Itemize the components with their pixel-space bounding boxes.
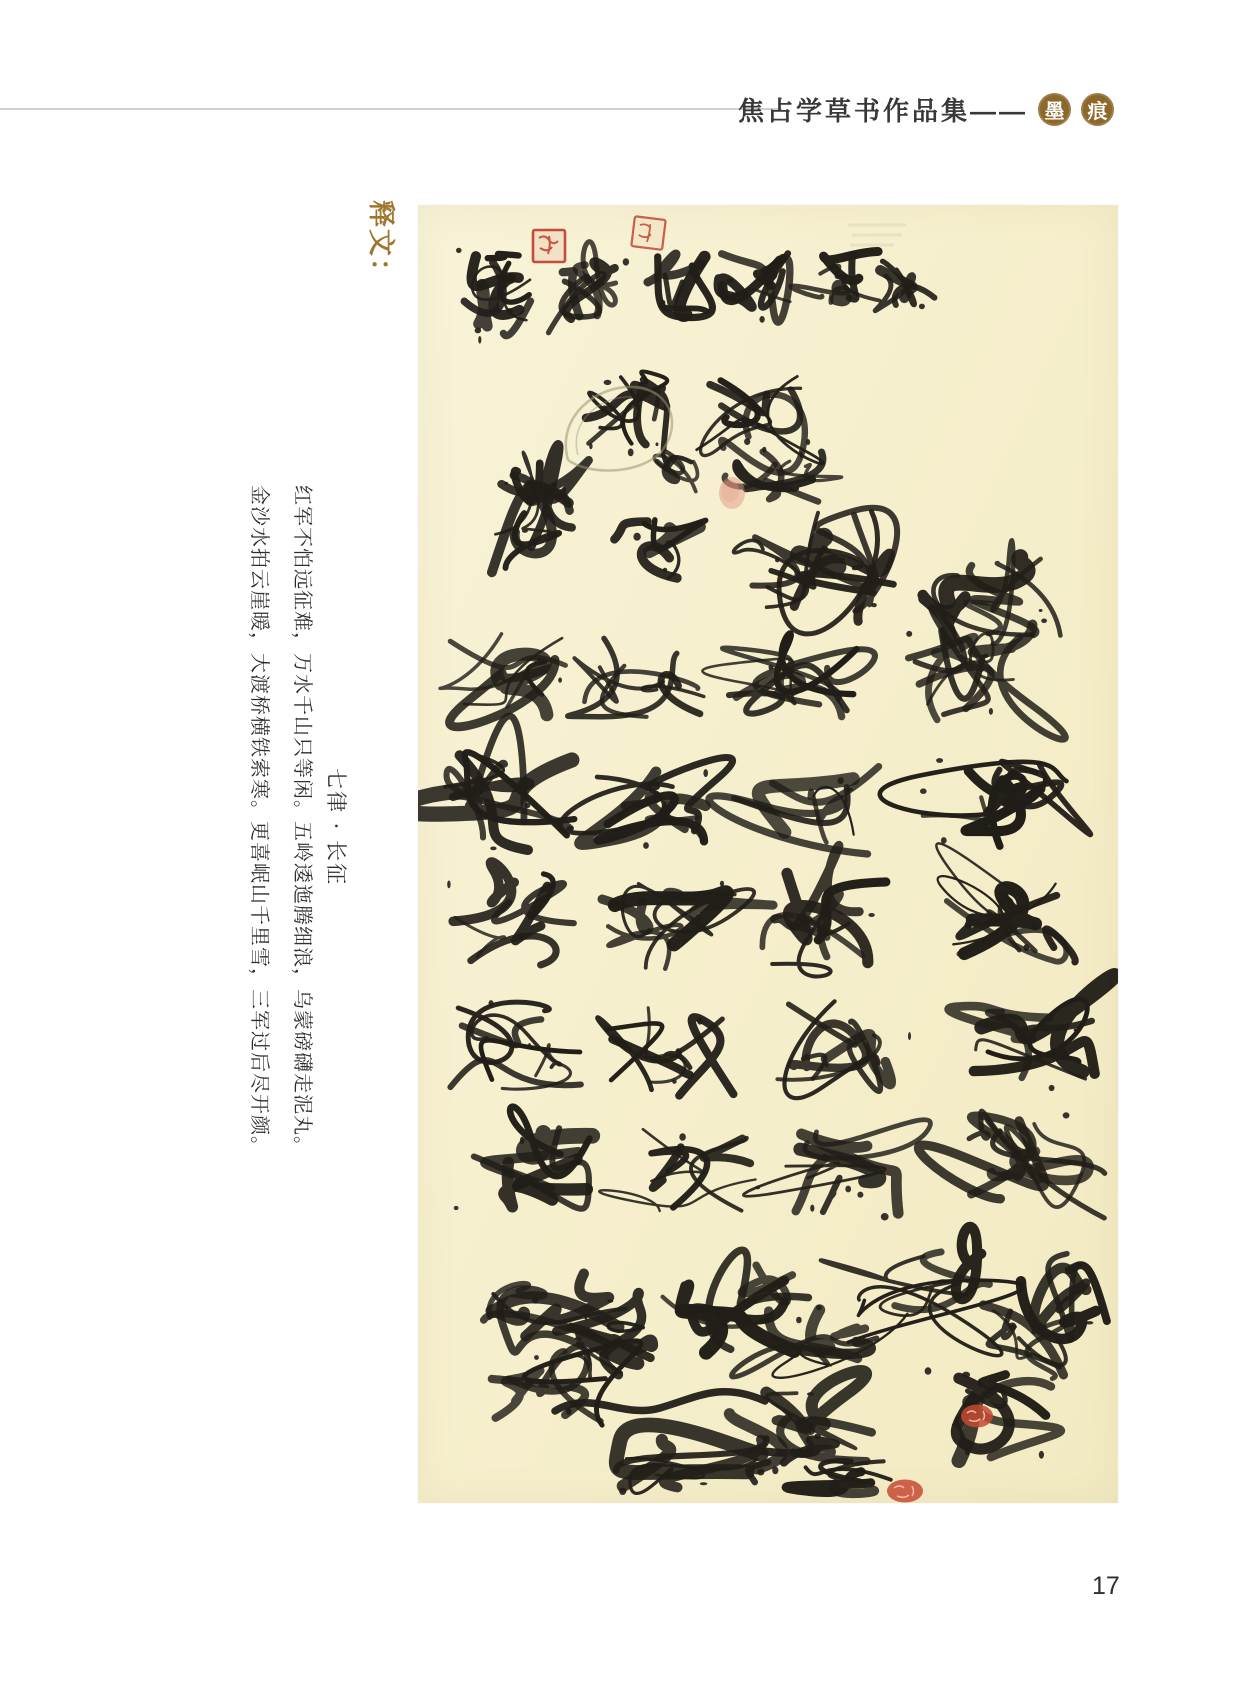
calligraphy-artwork [418, 205, 1118, 1503]
page-header: 焦占学草书作品集—— 墨 痕 [738, 88, 1114, 130]
poem-transcription-line-2: 金沙水拍云崖暖，大渡桥横铁索寒。更喜岷山千里雪，三军过后尽开颜。 [250, 485, 270, 1157]
poem-title: 七律 · 长征 [325, 768, 346, 886]
header-rule-line [0, 108, 782, 110]
book-page: 焦占学草书作品集—— 墨 痕 释文： 七律 · 长征 红军不怕远征难，万水千山只… [0, 0, 1241, 1684]
ink-badge-hen-icon: 痕 [1081, 93, 1114, 126]
ink-badge-mo-icon: 墨 [1038, 93, 1071, 126]
calligraphy-strokes-and-seals [418, 205, 1118, 1503]
page-number: 17 [1092, 1572, 1120, 1601]
poem-transcription-line-1: 红军不怕远征难，万水千山只等闲。五岭逶迤腾细浪，乌蒙磅礴走泥丸。 [293, 485, 313, 1157]
transcription-label: 释文： [367, 200, 394, 287]
collection-title: 焦占学草书作品集—— [738, 91, 1028, 128]
